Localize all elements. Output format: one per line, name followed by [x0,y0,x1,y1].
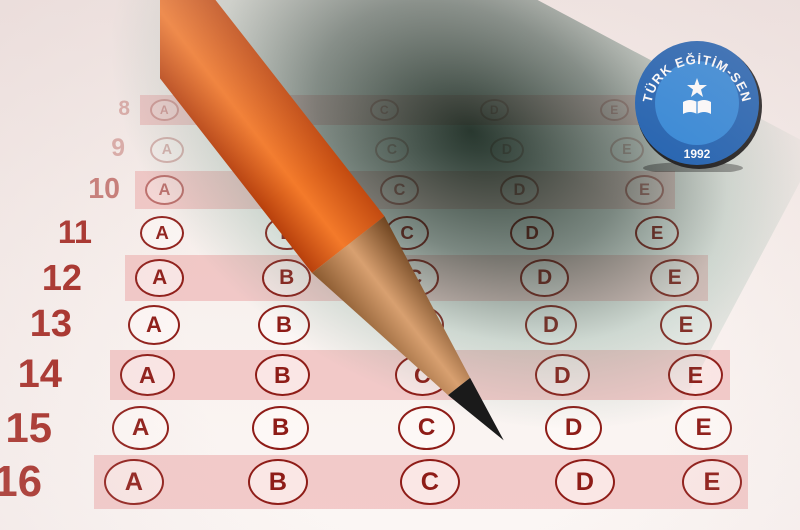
answer-bubble-c: C [385,216,429,250]
answer-bubble-d: D [545,406,602,450]
answer-bubble-d: D [535,354,590,396]
answer-bubble-d: D [510,216,554,250]
answer-bubble-b: B [255,354,310,396]
answer-row: 14ABCDE [0,350,800,400]
answer-bubble-b: B [262,259,311,297]
answer-row: 15ABCDE [0,402,800,454]
answer-row: 16ABCDE [0,455,800,509]
answer-bubble-c: C [380,175,419,205]
question-number: 14 [2,352,62,397]
answer-bubble-d: D [525,305,577,345]
question-number: 15 [0,404,52,452]
svg-text:1992: 1992 [684,147,711,161]
answer-bubble-e: E [660,305,712,345]
answer-bubble-c: C [375,137,409,163]
answer-bubble-c: C [370,99,399,121]
answer-bubble-e: E [668,354,723,396]
answer-bubble-d: D [480,99,509,121]
answer-bubble-a: A [120,354,175,396]
answer-bubble-a: A [112,406,169,450]
answer-bubble-b: B [265,175,304,205]
answer-sheet-photo: 8ABCDE9ABCDE10ABCDE11ABCDE12ABCDE13ABCDE… [0,0,800,530]
question-number: 8 [70,97,130,121]
answer-bubble-a: A [104,459,164,505]
answer-bubble-e: E [650,259,699,297]
question-number: 16 [0,457,42,507]
answer-bubble-b: B [265,216,309,250]
answer-bubble-b: B [252,406,309,450]
answer-bubble-a: A [145,175,184,205]
answer-bubble-d: D [500,175,539,205]
answer-row: 10ABCDE [0,171,800,209]
answer-bubble-e: E [682,459,742,505]
question-number: 13 [12,303,72,346]
answer-bubble-d: D [555,459,615,505]
answer-bubble-a: A [150,137,184,163]
answer-row: 11ABCDE [0,212,800,254]
answer-bubble-b: B [260,99,289,121]
turk-egitim-sen-logo: TÜRK EĞİTİM-SEN 1992 [633,40,765,172]
question-number: 10 [60,173,120,206]
answer-bubble-c: C [395,354,450,396]
answer-bubble-e: E [635,216,679,250]
answer-bubble-b: B [258,305,310,345]
answer-row: 12ABCDE [0,255,800,301]
answer-bubble-a: A [140,216,184,250]
answer-bubble-c: C [400,459,460,505]
answer-bubble-c: C [392,305,444,345]
answer-bubble-c: C [398,406,455,450]
answer-bubble-a: A [150,99,179,121]
question-number: 9 [65,135,125,163]
question-number: 11 [32,214,92,251]
answer-bubble-d: D [520,259,569,297]
question-number: 12 [22,257,82,299]
answer-row: 13ABCDE [0,301,800,349]
answer-bubble-b: B [248,459,308,505]
answer-bubble-a: A [135,259,184,297]
answer-bubble-b: B [262,137,296,163]
answer-bubble-a: A [128,305,180,345]
answer-bubble-c: C [390,259,439,297]
answer-bubble-e: E [600,99,629,121]
answer-bubble-d: D [490,137,524,163]
answer-bubble-e: E [675,406,732,450]
answer-bubble-e: E [625,175,664,205]
